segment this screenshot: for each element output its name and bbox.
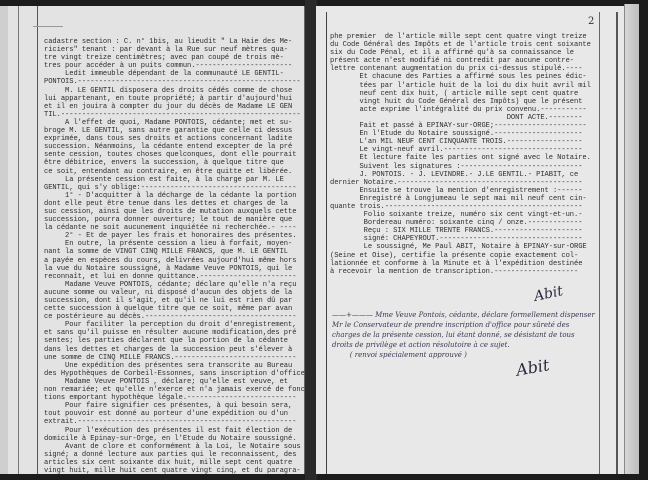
- text-line: Fait et passé à EPINAY-sur-ORGE;--------…: [330, 122, 591, 130]
- text-line: tres pour accéder à un puits commun.----…: [44, 62, 305, 70]
- text-line: acte exprime l'intégralité du prix conve…: [330, 106, 591, 114]
- text-line: Folio soixante treize, numéro six cent v…: [330, 211, 591, 219]
- left-margin-line-outer: [18, 6, 19, 474]
- text-line: L'an MIL NEUF CENT CINQUANTE TROIS.-----…: [330, 138, 591, 146]
- text-line: En outre, la présente cession a lieu à f…: [44, 240, 305, 248]
- text-line: Et chacune des Parties a affirmé sous le…: [330, 73, 591, 81]
- text-line: des Hypothèques de Corbeil-Essonnes, san…: [44, 370, 305, 378]
- handwritten-line: charges de la présente cession, lui étan…: [332, 330, 595, 340]
- text-line: Madame Veuve PONTOIS , déclare; qu'elle …: [44, 378, 305, 386]
- text-line: articles six cent soixante dix huit, mil…: [44, 459, 305, 467]
- text-line: exprimée, dans tous ses droits et action…: [44, 135, 305, 143]
- text-line: la vue du Notaire soussigné, à Madame Ve…: [44, 265, 305, 273]
- text-line: A l'effet de quoi, Madame PONTOIS, cédan…: [44, 119, 305, 127]
- text-line: phe premier de l'article mille sept cent…: [330, 33, 591, 41]
- text-line: succession, pourra donner ouverture; le …: [44, 216, 305, 224]
- handwritten-marginal-note: ——+——— Mme Veuve Pontois, cédante, décla…: [332, 310, 595, 360]
- text-line: du Code Général des Impôts et de l'artic…: [330, 41, 591, 49]
- notary-signature: Abit: [533, 283, 565, 305]
- text-line: J. PONTOIS. - J. LEVINDRE.- J.LE GENTIL.…: [330, 171, 591, 179]
- text-line: lui appartenant, en toute propriété; à p…: [44, 95, 305, 103]
- handwritten-line: Mr le Conservateur de prendre inscriptio…: [332, 320, 595, 330]
- handwritten-line: ——+——— Mme Veuve Pontois, cédante, décla…: [332, 310, 595, 320]
- scanned-register-spread: cadastre section : C. n° 1bis, au lieudi…: [0, 0, 648, 480]
- text-line: neuf cent dix huit, ( article mille sept…: [330, 90, 591, 98]
- text-line: Pour faire signifier ces présentes, à qu…: [44, 402, 305, 410]
- page-number: 2: [588, 16, 594, 27]
- text-line: GENTIL, qui s'y oblige:-----------------…: [44, 184, 305, 192]
- text-line: Avant de clore et conformément à la Loi,…: [44, 443, 305, 451]
- notary-initials-signature: Abit: [515, 355, 551, 380]
- handwritten-line: droits de privilège et action résolutoir…: [332, 340, 595, 350]
- text-line: lationnée et conforme à la Minute et à l…: [330, 260, 591, 268]
- text-line: et il en jouira à compter du jour du déc…: [44, 103, 305, 111]
- text-line: broge M. LE GENTIL, sans autre garantie …: [44, 127, 305, 135]
- text-line: une somme de CINQ MILLE FRANCS.---------…: [44, 354, 305, 362]
- text-line: succession, dont il s'agit, et qu'il ne …: [44, 297, 305, 305]
- text-line: extrait.--------------------------------…: [44, 418, 305, 426]
- text-line: dernier Notaire.------------------------…: [330, 179, 591, 187]
- text-line: Ensuite se trouve la mention d'enregistr…: [330, 187, 591, 195]
- left-margin-line: [37, 6, 38, 474]
- text-line: signé; a donné lecture aux parties qui l…: [44, 451, 305, 459]
- text-line: aucune somme ou valeur, ni disposé d'auc…: [44, 289, 305, 297]
- text-line: Une expédition des présentes sera transc…: [44, 362, 305, 370]
- text-line: dont elle peut être tenue dans les dette…: [44, 200, 305, 208]
- text-line: Ledit immeuble dépendant de la communaut…: [44, 70, 305, 78]
- header-rule: [33, 26, 63, 27]
- handwritten-line: ( renvoi spécialement approuvé ): [332, 350, 595, 360]
- text-line: Et lecture faite les parties ont signé a…: [330, 154, 591, 162]
- right-margin-line: [599, 12, 600, 474]
- text-line: signé: CHAPEYROUT.----------------------…: [330, 235, 591, 243]
- text-line: tions emportant hypothèque légale.------…: [44, 394, 305, 402]
- text-line: Pour faciliter la perception du droit d'…: [44, 321, 305, 329]
- text-line: M. LE GENTIL disposera des droits cédés …: [44, 87, 305, 95]
- right-page-edge: [624, 4, 639, 474]
- left-margin-line: [326, 12, 327, 474]
- text-line: six du Code Pénal, et il a affirmé qu'à …: [330, 49, 591, 57]
- text-line: quante trois.---------------------------…: [330, 203, 591, 211]
- text-line: vingt huit, mille huit cent quatre vingt…: [44, 467, 305, 474]
- text-line: sente cession, toutes choses quelconques…: [44, 151, 305, 159]
- text-line: Enregistré à Longjumeau le sept mai mil …: [330, 195, 591, 203]
- right-page: 2 phe premier de l'article mille sept ce…: [316, 6, 634, 474]
- text-line: Madame Veuve PONTOIS, cédante; déclare q…: [44, 281, 305, 289]
- text-line: DONT ACTE.--------: [330, 114, 591, 122]
- text-line: TIL.------------------------------------…: [44, 111, 305, 119]
- text-line: domicile à Epinay-sur-Orge, en l'Etude d…: [44, 435, 305, 443]
- text-line: riciers" tenant : par devant à la Rue su…: [44, 46, 305, 54]
- text-line: suc cession, ainsi que les droits de mut…: [44, 208, 305, 216]
- left-page-body-text: cadastre section : C. n° 1bis, au lieudi…: [44, 38, 305, 474]
- text-line: reconnaît, et lui en donne quittance.---…: [44, 273, 305, 281]
- text-line: Le vingt-neuf avril.--------------------…: [330, 146, 591, 154]
- text-line: Le soussigné, Me Paul ABIT, Notaire à EP…: [330, 243, 591, 251]
- text-line: être débitrice, envers la succession, à …: [44, 159, 305, 167]
- text-line: PONTOIS.--------------------------------…: [44, 78, 305, 86]
- text-line: tre vingt treize centimètres; avec pan c…: [44, 54, 305, 62]
- text-line: succession. Néanmoins, la cédante entend…: [44, 143, 305, 151]
- text-line: 2° - Et de payer les frais et honoraires…: [44, 232, 305, 240]
- text-line: a payée en espèces du cours, delivrées a…: [44, 257, 305, 265]
- text-line: non remariée; et qu'elle n'exerce et n'a…: [44, 386, 305, 394]
- text-line: tées par l'article huit de la loi du dix…: [330, 82, 591, 90]
- text-line: tout pouvoir est donné au porteur d'une …: [44, 410, 305, 418]
- text-line: cadastre section : C. n° 1bis, au lieudi…: [44, 38, 305, 46]
- text-line: présent acte n'est modifié ni contredit …: [330, 57, 591, 65]
- text-line: cette succession à quelque titre que ce …: [44, 305, 305, 313]
- text-line: Suivent les signatures :----------------…: [330, 163, 591, 171]
- text-line: ce soit, entendant au contraire, en être…: [44, 168, 305, 176]
- text-line: vingt huit du Code Général des Impôts) q…: [330, 98, 591, 106]
- text-line: 1° - D'acquitter à la décharge de la céd…: [44, 192, 305, 200]
- text-line: La présente cession est faite, à la char…: [44, 176, 305, 184]
- text-line: Bordereau numéro: soixante cinq / onze.-…: [330, 219, 591, 227]
- outer-frame-line: [616, 12, 618, 474]
- text-line: sentes; les parties déclarent que la por…: [44, 337, 305, 345]
- text-line: dans les dettes et charges de la success…: [44, 346, 305, 354]
- text-line: et sans qu'il puisse en résulter aucune …: [44, 329, 305, 337]
- text-line: Pour l'exécution des présentes il est fa…: [44, 427, 305, 435]
- left-page: cadastre section : C. n° 1bis, au lieudi…: [8, 6, 306, 474]
- right-page-body-text: phe premier de l'article mille sept cent…: [330, 33, 591, 276]
- text-line: ce postérieure au décès.----------------…: [44, 313, 305, 321]
- text-line: Reçu : SIX MILLE TRENTE FRANCS.---------…: [330, 227, 591, 235]
- text-line: nant la somme de VINGT CINQ MILLE FRANCS…: [44, 248, 305, 256]
- text-line: (Seine et Oise), certifie la présente co…: [330, 252, 591, 260]
- text-line: lettre contenant augmentation du prix ci…: [330, 65, 591, 73]
- text-line: à recevoir la mention de transcription.-…: [330, 268, 591, 276]
- text-line: En l'Etude du Notaire soussigné.--------…: [330, 130, 591, 138]
